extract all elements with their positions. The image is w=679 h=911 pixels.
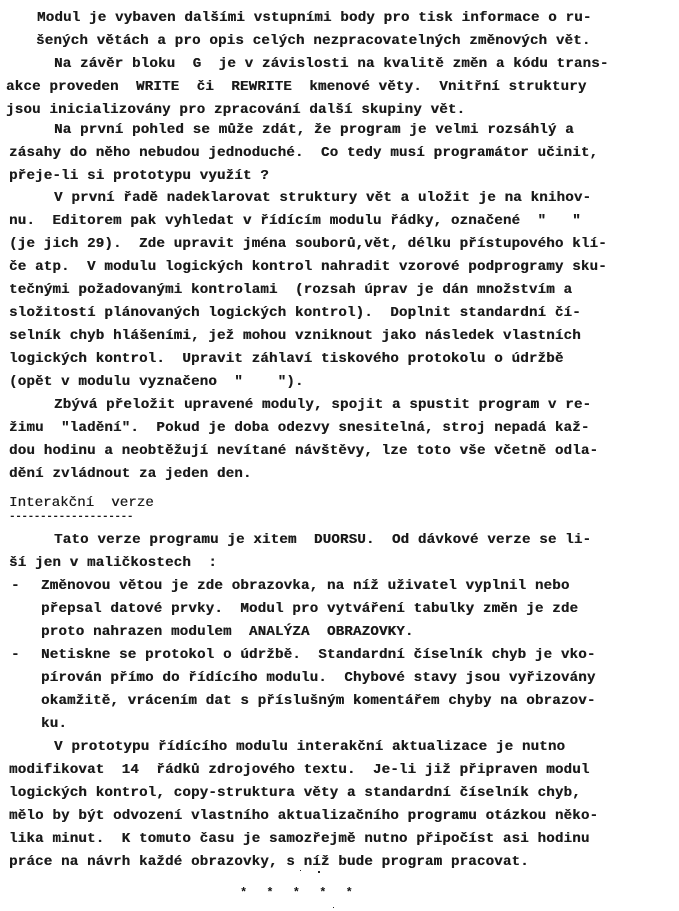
bullet-text-line: proto nahrazen modulem ANALÝZA OBRAZOVKY… [41,623,414,641]
text-line: Modul je vybaven dalšími vstupními body … [37,9,592,27]
bullet-text-line: přepsal datové prvky. Modul pro vytvářen… [41,600,578,618]
end-of-section-marks: * * * * * [240,886,353,900]
bullet-text-line: pírován přímo do řídícího modulu. Chybov… [41,669,596,687]
bullet-text-line: ku. [41,715,67,733]
scan-speck [300,870,301,871]
text-line: jsou inicializovány pro zpracování další… [6,101,465,119]
text-line: složitostí plánovaných logických kontrol… [9,304,581,322]
bullet-text-line: Netiskne se protokol o údržbě. Standardn… [41,646,596,664]
text-line: mělo by být odvození vlastního aktualiza… [9,807,598,825]
text-line: nu. Editorem pak vyhledat v řídícím modu… [9,212,581,230]
text-line: logických kontrol, copy-struktura věty a… [9,784,581,802]
text-line: modifikovat 14 řádků zdrojového textu. J… [9,761,589,779]
text-line: dění zvládnout za jeden den. [9,465,252,483]
text-line: tečnými požadovanými kontrolami (rozsah … [9,281,572,299]
text-line: lika minut. K tomuto času je samozřejmě … [9,830,589,848]
text-line: V první řadě nadeklarovat struktury vět … [54,189,591,207]
text-line: žimu "ladění". Pokud je doba odezvy snes… [9,419,589,437]
text-line: ší jen v maličkostech : [9,554,217,572]
bullet-text-line: Změnovou větou je zde obrazovka, na níž … [41,577,570,595]
text-line: přeje-li si prototypu využít ? [9,167,269,185]
typewritten-page: Modul je vybaven dalšími vstupními body … [0,0,679,911]
text-line: akce proveden WRITE či REWRITE kmenové v… [6,78,586,96]
text-line: Tato verze programu je xitem DUORSU. Od … [54,531,591,549]
text-line: če atp. V modulu logických kontrol nahra… [9,258,607,276]
text-line: logických kontrol. Upravit záhlaví tisko… [9,350,564,368]
text-line: (je jich 29). Zde upravit jména souborů,… [9,235,607,253]
text-line: selník chyb hlášeními, jež mohou vznikno… [9,327,581,345]
bullet-marker: - [11,577,20,595]
text-line: Na závěr bloku G je v závislosti na kval… [54,55,609,73]
section-heading-underline: -------------------- [9,513,133,521]
text-line: práce na návrh každé obrazovky, s níž bu… [9,853,529,871]
text-line: dou hodinu a neobtěžují nevítané návštěv… [9,442,598,460]
scan-speck [333,907,334,908]
text-line: (opět v modulu vyznačeno " "). [9,373,304,391]
bullet-text-line: okamžitě, vrácením dat s příslušným kome… [41,692,596,710]
scan-speck [318,871,320,873]
text-line: šených větách a pro opis celých nezpraco… [36,32,591,50]
text-line: zásahy do něho nebudou jednoduché. Co te… [9,144,598,162]
text-line: Na první pohled se může zdát, že program… [54,121,574,139]
bullet-marker: - [11,646,20,664]
section-heading: Interakční verze [9,494,154,512]
text-line: Zbývá přeložit upravené moduly, spojit a… [54,396,591,414]
text-line: V prototypu řídícího modulu interakční a… [54,738,565,756]
